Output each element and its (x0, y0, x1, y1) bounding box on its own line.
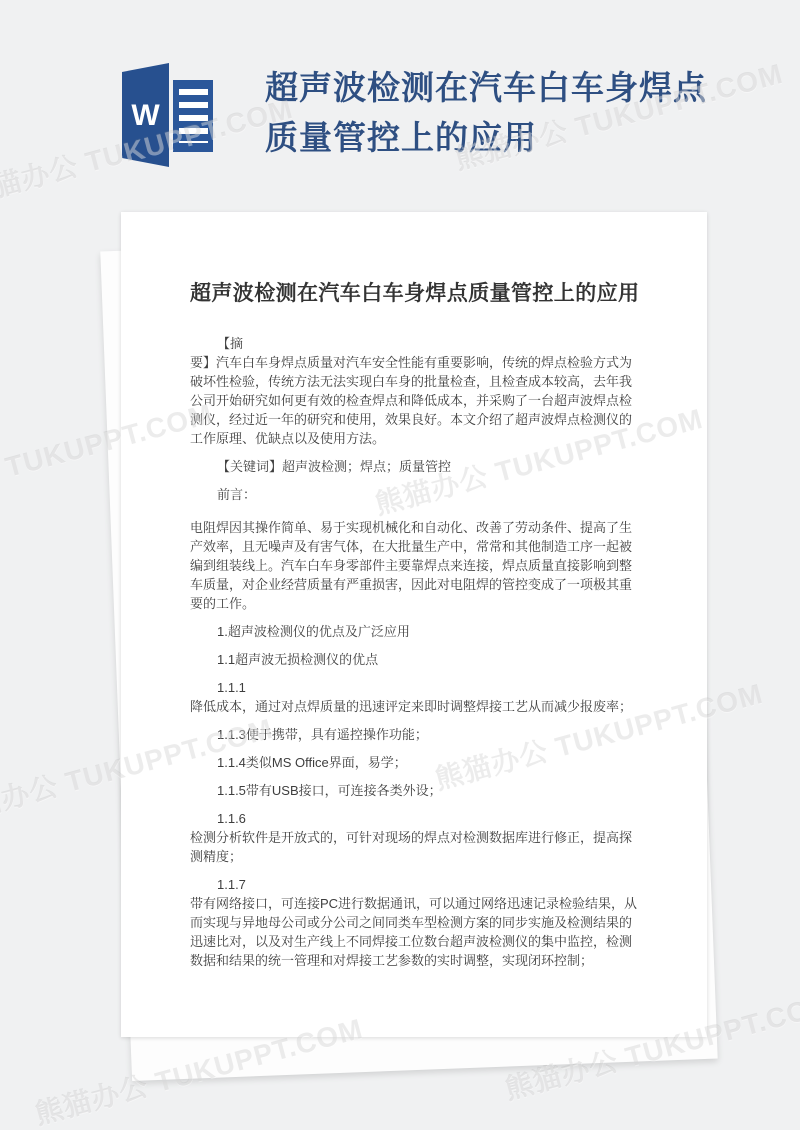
doc-line: 破坏性检验，传统方法无法实现白车身的批量检查，且检查成本较高，去年我 (190, 372, 630, 391)
page-title-line-1: 超声波检测在汽车白车身焊点 (265, 64, 707, 114)
doc-line: 电阻焊因其操作简单、易于实现机械化和自动化、改善了劳动条件、提高了生 (190, 518, 630, 537)
item-1-1-4: 1.1.4类似MS Office界面，易学； (190, 753, 630, 772)
doc-line: 1.1.6 (190, 809, 630, 828)
doc-line: 测仪，经过近一年的研究和使用，效果良好。本文介绍了超声波焊点检测仪的 (190, 410, 630, 429)
word-icon: W (122, 63, 214, 167)
doc-line: 迅速比对，以及对生产线上不同焊接工位数台超声波检测仪的集中监控，检测 (190, 932, 630, 951)
doc-line: 而实现与异地母公司或分公司之间同类车型检测方案的同步实施及检测结果的 (190, 913, 630, 932)
abstract: 【摘要】汽车白车身焊点质量对汽车安全性能有重要影响，传统的焊点检验方式为破坏性检… (190, 334, 630, 448)
doc-line: 测精度； (190, 847, 630, 866)
item-1-1-7: 1.1.7带有网络接口，可连接PC进行数据通讯，可以通过网络迅速记录检验结果，从… (190, 875, 630, 970)
word-icon-sheet (173, 80, 213, 152)
site-watermark: 熊猫办公 TUKUPPT.COM (0, 0, 77, 67)
word-icon-text-lines (179, 89, 208, 143)
heading-1: 1.超声波检测仪的优点及广泛应用 (190, 622, 630, 641)
doc-line: 产效率，且无噪声及有害气体，在大批量生产中，常常和其他制造工序一起被 (190, 537, 630, 556)
doc-line: 超声波检测在汽车白车身焊点质量管控上的应用 (190, 280, 630, 307)
doc-line: 车质量，对企业经营质量有严重损害，因此对电阻焊的管控变成了一项极其重 (190, 575, 630, 594)
doc-line: 1.1.4类似MS Office界面，易学； (190, 753, 630, 772)
doc-line: 编到组装线上。汽车白车身零部件主要靠焊点来连接，焊点质量直接影响到整 (190, 556, 630, 575)
item-1-1-1: 1.1.1降低成本，通过对点焊质量的迅速评定来即时调整焊接工艺从而减少报废率； (190, 678, 630, 716)
doc-line: 降低成本，通过对点焊质量的迅速评定来即时调整焊接工艺从而减少报废率； (190, 697, 630, 716)
doc-line: 1.1.1 (190, 678, 630, 697)
doc-line: 要】汽车白车身焊点质量对汽车安全性能有重要影响，传统的焊点检验方式为 (190, 353, 630, 372)
heading-1-1: 1.1超声波无损检测仪的优点 (190, 650, 630, 669)
doc-line: 1.超声波检测仪的优点及广泛应用 (190, 622, 630, 641)
word-icon-cover: W (122, 63, 169, 167)
doc-line: 工作原理、优缺点以及使用方法。 (190, 429, 630, 448)
doc-line: 数据和结果的统一管理和对焊接工艺参数的实时调整，实现闭环控制； (190, 951, 630, 970)
doc-line: 检测分析软件是开放式的，可针对现场的焊点对检测数据库进行修正，提高探 (190, 828, 630, 847)
foreword-label: 前言： (190, 485, 630, 504)
doc-line: 1.1.7 (190, 875, 630, 894)
doc-title: 超声波检测在汽车白车身焊点质量管控上的应用 (190, 280, 630, 307)
doc-line: 1.1超声波无损检测仪的优点 (190, 650, 630, 669)
doc-line: 【摘 (190, 334, 630, 353)
item-1-1-5: 1.1.5带有USB接口，可连接各类外设； (190, 781, 630, 800)
foreword: 电阻焊因其操作简单、易于实现机械化和自动化、改善了劳动条件、提高了生产效率，且无… (190, 518, 630, 613)
doc-line: 1.1.5带有USB接口，可连接各类外设； (190, 781, 630, 800)
doc-line: 【关键词】超声波检测；焊点；质量管控 (190, 457, 630, 476)
doc-line: 1.1.3便于携带，具有遥控操作功能； (190, 725, 630, 744)
doc-body: 超声波检测在汽车白车身焊点质量管控上的应用【摘要】汽车白车身焊点质量对汽车安全性… (190, 280, 630, 979)
page-background: W 超声波检测在汽车白车身焊点 质量管控上的应用 超声波检测在汽车白车身焊点质量… (0, 0, 800, 1130)
doc-line: 前言： (190, 485, 630, 504)
page-title: 超声波检测在汽车白车身焊点 质量管控上的应用 (265, 64, 707, 164)
page-title-line-2: 质量管控上的应用 (265, 114, 707, 164)
item-1-1-6: 1.1.6检测分析软件是开放式的，可针对现场的焊点对检测数据库进行修正，提高探测… (190, 809, 630, 866)
item-1-1-3: 1.1.3便于携带，具有遥控操作功能； (190, 725, 630, 744)
doc-line: 公司开始研究如何更有效的检查焊点和降低成本，并采购了一台超声波焊点检 (190, 391, 630, 410)
document-page: 超声波检测在汽车白车身焊点质量管控上的应用【摘要】汽车白车身焊点质量对汽车安全性… (121, 212, 707, 1037)
doc-line: 要的工作。 (190, 594, 630, 613)
word-icon-letter: W (131, 101, 159, 131)
keywords: 【关键词】超声波检测；焊点；质量管控 (190, 457, 630, 476)
doc-line: 带有网络接口，可连接PC进行数据通讯，可以通过网络迅速记录检验结果，从 (190, 894, 630, 913)
